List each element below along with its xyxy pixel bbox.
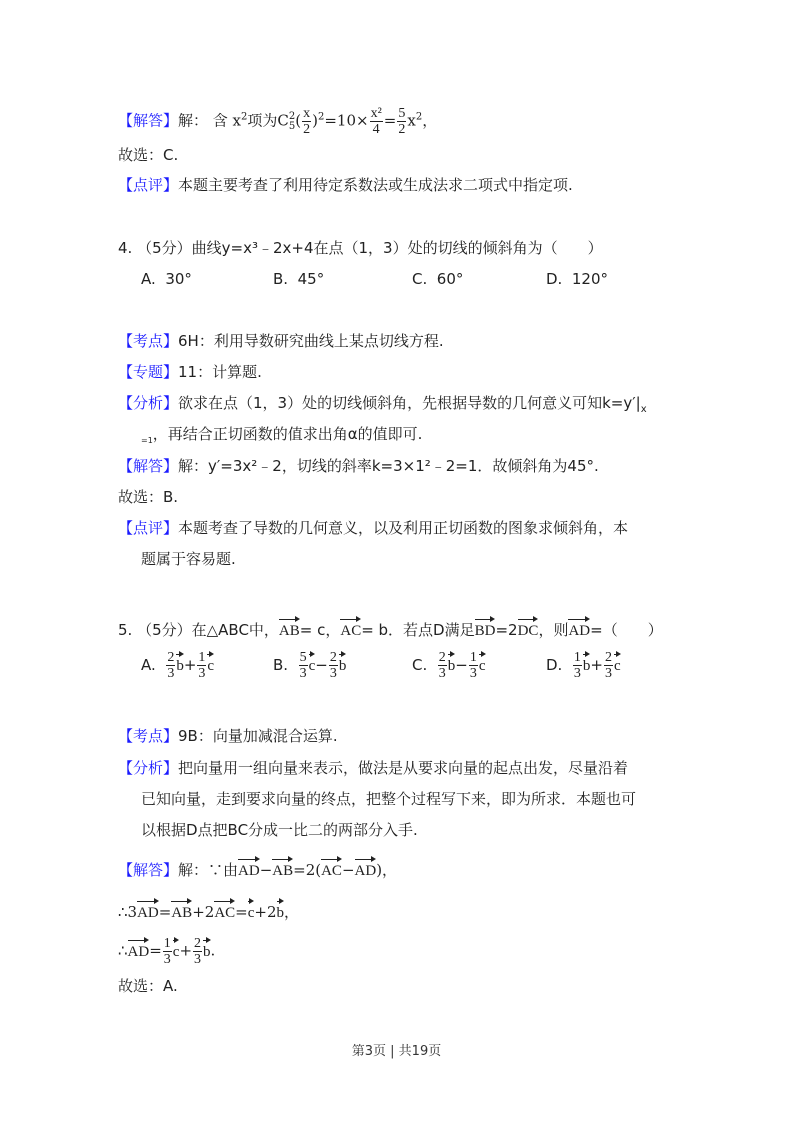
text: ，则 [538, 621, 568, 639]
analysis-tag: 【分析】 [118, 394, 178, 412]
text: 1 [197, 650, 206, 666]
q5-kaodian: 【考点】9B：向量加减混合运算. [118, 726, 338, 746]
text: 3 [300, 666, 307, 681]
text: 3 [330, 666, 337, 681]
comment-tag: 【点评】 [118, 176, 178, 194]
text: 3 [439, 666, 446, 681]
text: 解： 含 x [178, 112, 241, 130]
vector: AD [568, 617, 590, 641]
solution-tag: 【解答】 [118, 457, 178, 475]
fraction: 23 [166, 650, 175, 681]
q4-zhuanti: 【专题】11：计算题. [118, 362, 262, 382]
fraction: 13 [163, 936, 172, 967]
text: x [407, 112, 415, 130]
q5-solution-line-1: 【解答】解：∵由AD−AB=2(AC−AD)， [118, 857, 397, 881]
vector: AD [355, 857, 377, 881]
text: =2 [495, 621, 517, 639]
q4-option-d: D. 120° [546, 269, 608, 289]
vector: b [339, 652, 347, 676]
text: ∴ [118, 942, 128, 960]
text: 2 [438, 650, 447, 666]
text: − [260, 861, 273, 879]
vector: b [277, 899, 285, 923]
vector: DC [518, 617, 539, 641]
text: C. [412, 270, 427, 288]
vector: b [176, 652, 184, 676]
kaodian-tag: 【考点】 [118, 727, 178, 745]
text: D. [546, 270, 562, 288]
text: 2 [303, 122, 310, 137]
text: 3 [470, 666, 477, 681]
text: D. [546, 656, 562, 674]
fraction: 53 [299, 650, 308, 681]
text: C. [412, 656, 427, 674]
q3-choice: 故选：C. [118, 145, 178, 165]
text: x [641, 404, 647, 415]
analysis-tag: 【分析】 [118, 759, 178, 777]
text: 项为C [247, 112, 288, 130]
q4-choice: 故选：B. [118, 487, 178, 507]
q4-option-b: B. 45° [273, 269, 324, 289]
text: = [149, 942, 162, 960]
fraction: 13 [469, 650, 478, 681]
text: )， [376, 861, 397, 879]
text: 3 [605, 666, 612, 681]
text: 2 [604, 650, 613, 666]
zhuanti-tag: 【专题】 [118, 363, 178, 381]
text: B. [273, 270, 288, 288]
vector: c [309, 652, 316, 676]
text: 欲求在点（1，3）处的切线倾斜角，先根据导数的几何意义可知k=y′| [178, 394, 641, 412]
text: 120° [572, 270, 608, 288]
text: 60° [437, 270, 464, 288]
q5-solution-line-2: ∴3AD=AB+2AC=c+2b， [118, 899, 299, 923]
text: 2 [193, 936, 202, 952]
text: 解：y′=3x²﹣2，切线的斜率k=3×1²﹣2=1．故倾斜角为45°. [178, 457, 599, 475]
vector: AC [321, 857, 342, 881]
text: = [159, 903, 172, 921]
q5-analysis-cont-1: 已知向量，走到要求向量的终点，把整个过程写下来，即为所求．本题也可 [141, 789, 636, 809]
vector: AD [128, 938, 150, 962]
q4-analysis-cont: =1，再结合正切函数的值求出角α的值即可. [141, 424, 422, 451]
text: + [184, 656, 197, 674]
text: =2( [293, 861, 321, 879]
text: 5 [397, 106, 406, 122]
q3-comment: 【点评】本题主要考查了利用待定系数法或生成法求二项式中指定项. [118, 175, 573, 195]
fraction: 23 [329, 650, 338, 681]
text: 5. （5分）在△ABC中， [118, 621, 279, 639]
fraction: x²4 [370, 106, 383, 137]
vector: AD [137, 899, 159, 923]
text: 5 [299, 650, 308, 666]
text: =（ ） [590, 621, 663, 639]
text: + [590, 656, 603, 674]
text: 1 [163, 936, 172, 952]
text: 45° [298, 270, 325, 288]
text: + [179, 942, 192, 960]
vector: AB [272, 857, 293, 881]
text: =10× [324, 112, 368, 130]
text: B. [273, 656, 288, 674]
text: 3 [574, 666, 581, 681]
q5-stem: 5. （5分）在△ABC中，AB= c，AC= b．若点D满足BD=2DC，则A… [118, 617, 663, 641]
q5-option-a: A. 23b+13c [141, 650, 214, 681]
q4-stem: 4. （5分）曲线y=x³﹣2x+4在点（1，3）处的切线的倾斜角为（ ） [118, 238, 603, 258]
text: A. [141, 656, 156, 674]
text: +2 [254, 903, 276, 921]
fraction: x2 [302, 106, 311, 137]
fraction: 23 [438, 650, 447, 681]
vector: AB [279, 617, 300, 641]
fraction: 13 [573, 650, 582, 681]
q5-analysis-cont-2: 以根据D点把BC分成一比二的两部分入手. [141, 820, 418, 840]
text: − [315, 656, 328, 674]
vector: c [479, 652, 486, 676]
text: 4 [373, 122, 380, 137]
text: ∴3 [118, 903, 137, 921]
text: 11：计算题. [178, 363, 262, 381]
text: =1 [141, 436, 153, 445]
q4-comment-cont: 题属于容易题. [141, 549, 236, 569]
text: = c， [300, 621, 341, 639]
text: 6H：利用导数研究曲线上某点切线方程. [178, 332, 444, 350]
q3-solution-line: 【解答】解： 含 x2项为C25(x2)2=10×x²4=52x2， [118, 106, 437, 137]
text: ， [284, 903, 299, 921]
text: x² [370, 106, 383, 122]
vector: AC [214, 899, 235, 923]
q4-analysis: 【分析】欲求在点（1，3）处的切线倾斜角，先根据导数的几何意义可知k=y′|x [118, 393, 647, 420]
vector: AB [171, 899, 192, 923]
q4-kaodian: 【考点】6H：利用导数研究曲线上某点切线方程. [118, 331, 444, 351]
text: − [342, 861, 355, 879]
q5-choice: 故选：A. [118, 976, 178, 996]
q4-option-c: C. 60° [412, 269, 463, 289]
q5-option-d: D. 13b+23c [546, 650, 621, 681]
text: ，再结合正切函数的值求出角α的值即可. [153, 425, 423, 443]
text: 2 [329, 650, 338, 666]
text: 3 [194, 952, 201, 967]
kaodian-tag: 【考点】 [118, 332, 178, 350]
vector: c [173, 938, 180, 962]
text: − [455, 656, 468, 674]
text: 3 [164, 952, 171, 967]
text: 3 [198, 666, 205, 681]
text: = b．若点D满足 [361, 621, 474, 639]
text: 2 [398, 122, 405, 137]
fraction: 52 [397, 106, 406, 137]
text: 1 [573, 650, 582, 666]
text: 本题主要考查了利用待定系数法或生成法求二项式中指定项. [178, 176, 573, 194]
text: 30° [165, 270, 192, 288]
solution-tag: 【解答】 [118, 112, 178, 130]
text: +2 [192, 903, 214, 921]
text: A. [141, 270, 156, 288]
text: x [302, 106, 311, 122]
q4-solution: 【解答】解：y′=3x²﹣2，切线的斜率k=3×1²﹣2=1．故倾斜角为45°. [118, 456, 599, 476]
text: . [211, 942, 216, 960]
text: ( [295, 112, 301, 130]
solution-tag: 【解答】 [118, 861, 178, 879]
q5-option-c: C. 23b−13c [412, 650, 486, 681]
text: 2 [166, 650, 175, 666]
vector: c [248, 899, 255, 923]
text: 3 [167, 666, 174, 681]
text: 把向量用一组向量来表示，做法是从要求向量的起点出发，尽量沿着 [178, 759, 628, 777]
q5-option-b: B. 53c−23b [273, 650, 346, 681]
q5-solution-line-3: ∴AD=13c+23b. [118, 936, 215, 967]
vector: BD [475, 617, 496, 641]
text: 解：∵由 [178, 861, 238, 879]
fraction: 23 [604, 650, 613, 681]
text: = [235, 903, 248, 921]
vector: c [207, 652, 214, 676]
text: 1 [469, 650, 478, 666]
vector: AD [238, 857, 260, 881]
page-footer: 第3页 | 共19页 [0, 1040, 793, 1059]
comment-tag: 【点评】 [118, 519, 178, 537]
fraction: 13 [197, 650, 206, 681]
vector: c [614, 652, 621, 676]
q4-option-a: A. 30° [141, 269, 192, 289]
q4-comment: 【点评】本题考查了导数的几何意义，以及利用正切函数的图象求倾斜角，本 [118, 518, 628, 538]
text: = [384, 112, 397, 130]
q5-analysis: 【分析】把向量用一组向量来表示，做法是从要求向量的起点出发，尽量沿着 [118, 758, 628, 778]
vector: b [448, 652, 456, 676]
text: ， [422, 112, 437, 130]
vector: b [583, 652, 591, 676]
vector: b [203, 938, 211, 962]
text: 本题考查了导数的几何意义，以及利用正切函数的图象求倾斜角，本 [178, 519, 628, 537]
fraction: 23 [193, 936, 202, 967]
text: 9B：向量加减混合运算. [178, 727, 338, 745]
vector: AC [340, 617, 361, 641]
